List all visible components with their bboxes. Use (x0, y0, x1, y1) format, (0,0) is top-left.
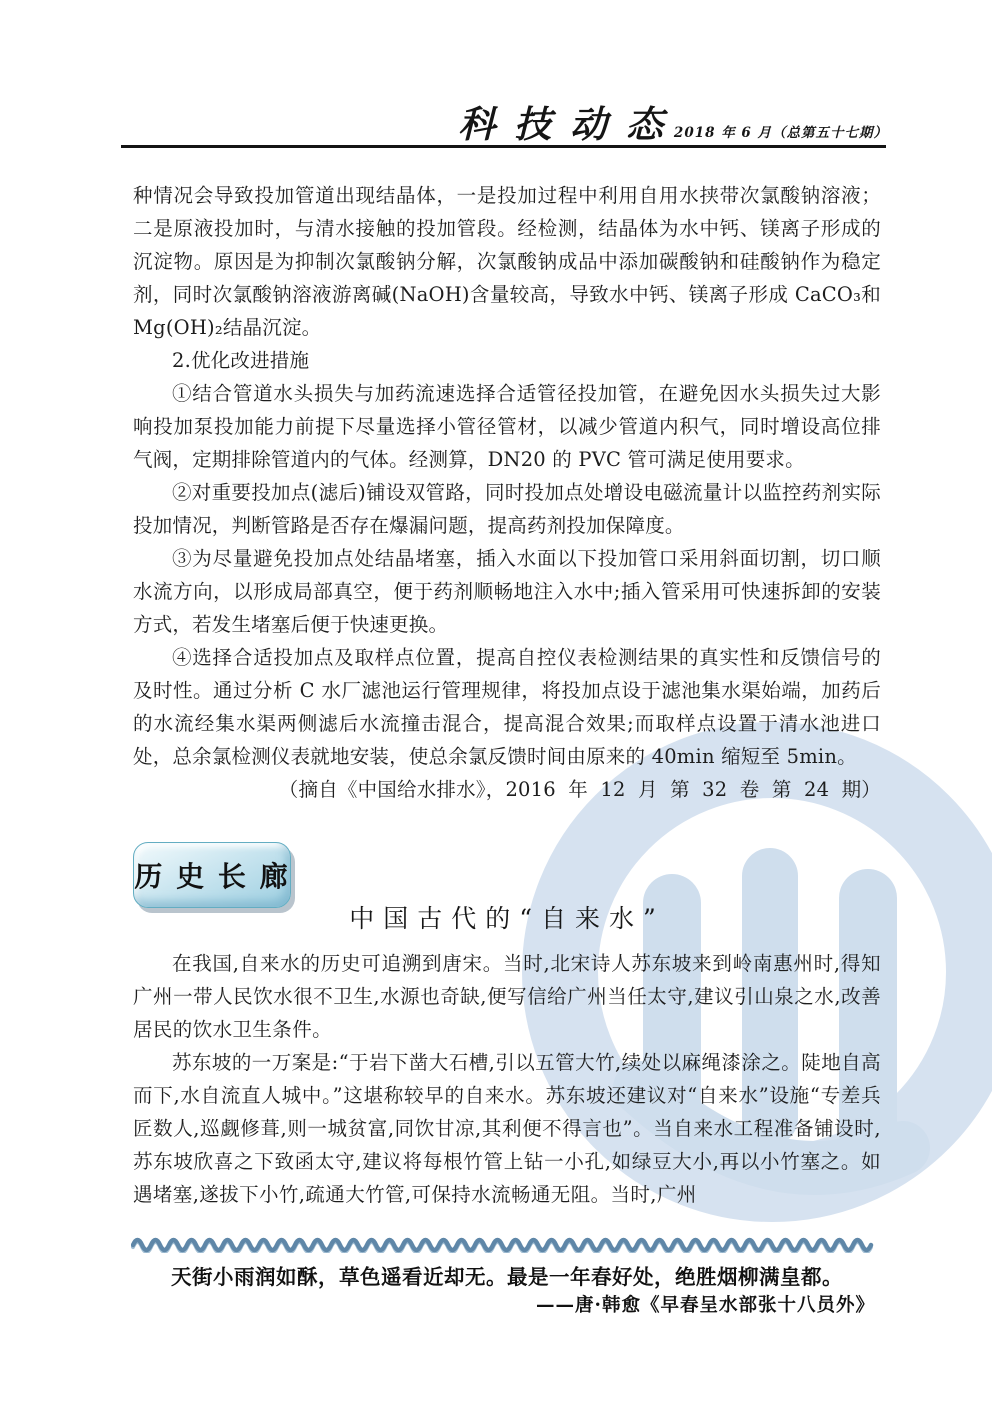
journal-title: 科 技 动 态 (458, 94, 666, 148)
measure-item-3: ③为尽量避免投加点处结晶堵塞，插入水面以下投加管口采用斜面切割，切口顺水流方向，… (133, 542, 881, 641)
poem-attribution: ——唐·韩愈《早春呈水部张十八员外》 (536, 1291, 875, 1317)
masthead: 科 技 动 态 2018 年 6 月（总第五十七期） (458, 94, 888, 148)
measure-item-2: ②对重要投加点(滤后)铺设双管路，同时投加点处增设电磁流量计以监控药剂实际投加情… (133, 476, 881, 542)
article-hypochlorite-dosing: 种情况会导致投加管道出现结晶体，一是投加过程中利用自用水挟带次氯酸钠溶液；二是原… (133, 179, 881, 806)
history-paragraph-1: 在我国,自来水的历史可追溯到唐宋。当时,北宋诗人苏东坡来到岭南惠州时,得知广州一… (133, 947, 881, 1046)
article-heading-optimization: 2.优化改进措施 (133, 344, 881, 377)
measure-item-4: ④选择合适投加点及取样点位置，提高自控仪表检测结果的真实性和反馈信号的及时性。通… (133, 641, 881, 773)
history-article-title: 中国古代的“自来水” (133, 899, 881, 935)
wave-divider (131, 1233, 879, 1253)
masthead-rule (121, 145, 886, 148)
article-paragraph-continuation: 种情况会导致投加管道出现结晶体，一是投加过程中利用自用水挟带次氯酸钠溶液；二是原… (133, 179, 881, 344)
history-article-body: 在我国,自来水的历史可追溯到唐宋。当时,北宋诗人苏东坡来到岭南惠州时,得知广州一… (133, 947, 881, 1211)
journal-issue: 2018 年 6 月（总第五十七期） (674, 121, 888, 141)
history-corridor-badge-label: 历 史 长 廊 (134, 855, 289, 895)
source-citation: （摘自《中国给水排水》，2016 年 12 月 第 32 卷 第 24 期） (133, 773, 881, 806)
document-page: 科 技 动 态 2018 年 6 月（总第五十七期） 种情况会导致投加管道出现结… (0, 0, 992, 1403)
measure-item-1: ①结合管道水头损失与加药流速选择合适管径投加管，在避免因水头损失过大影响投加泵投… (133, 377, 881, 476)
history-paragraph-2: 苏东坡的一万案是:“于岩下凿大石槽,引以五管大竹,续处以麻绳漆涂之。陡地自高而下… (133, 1046, 881, 1211)
poem-line: 天街小雨润如酥，草色遥看近却无。最是一年春好处，绝胜烟柳满皇都。 (133, 1260, 881, 1290)
